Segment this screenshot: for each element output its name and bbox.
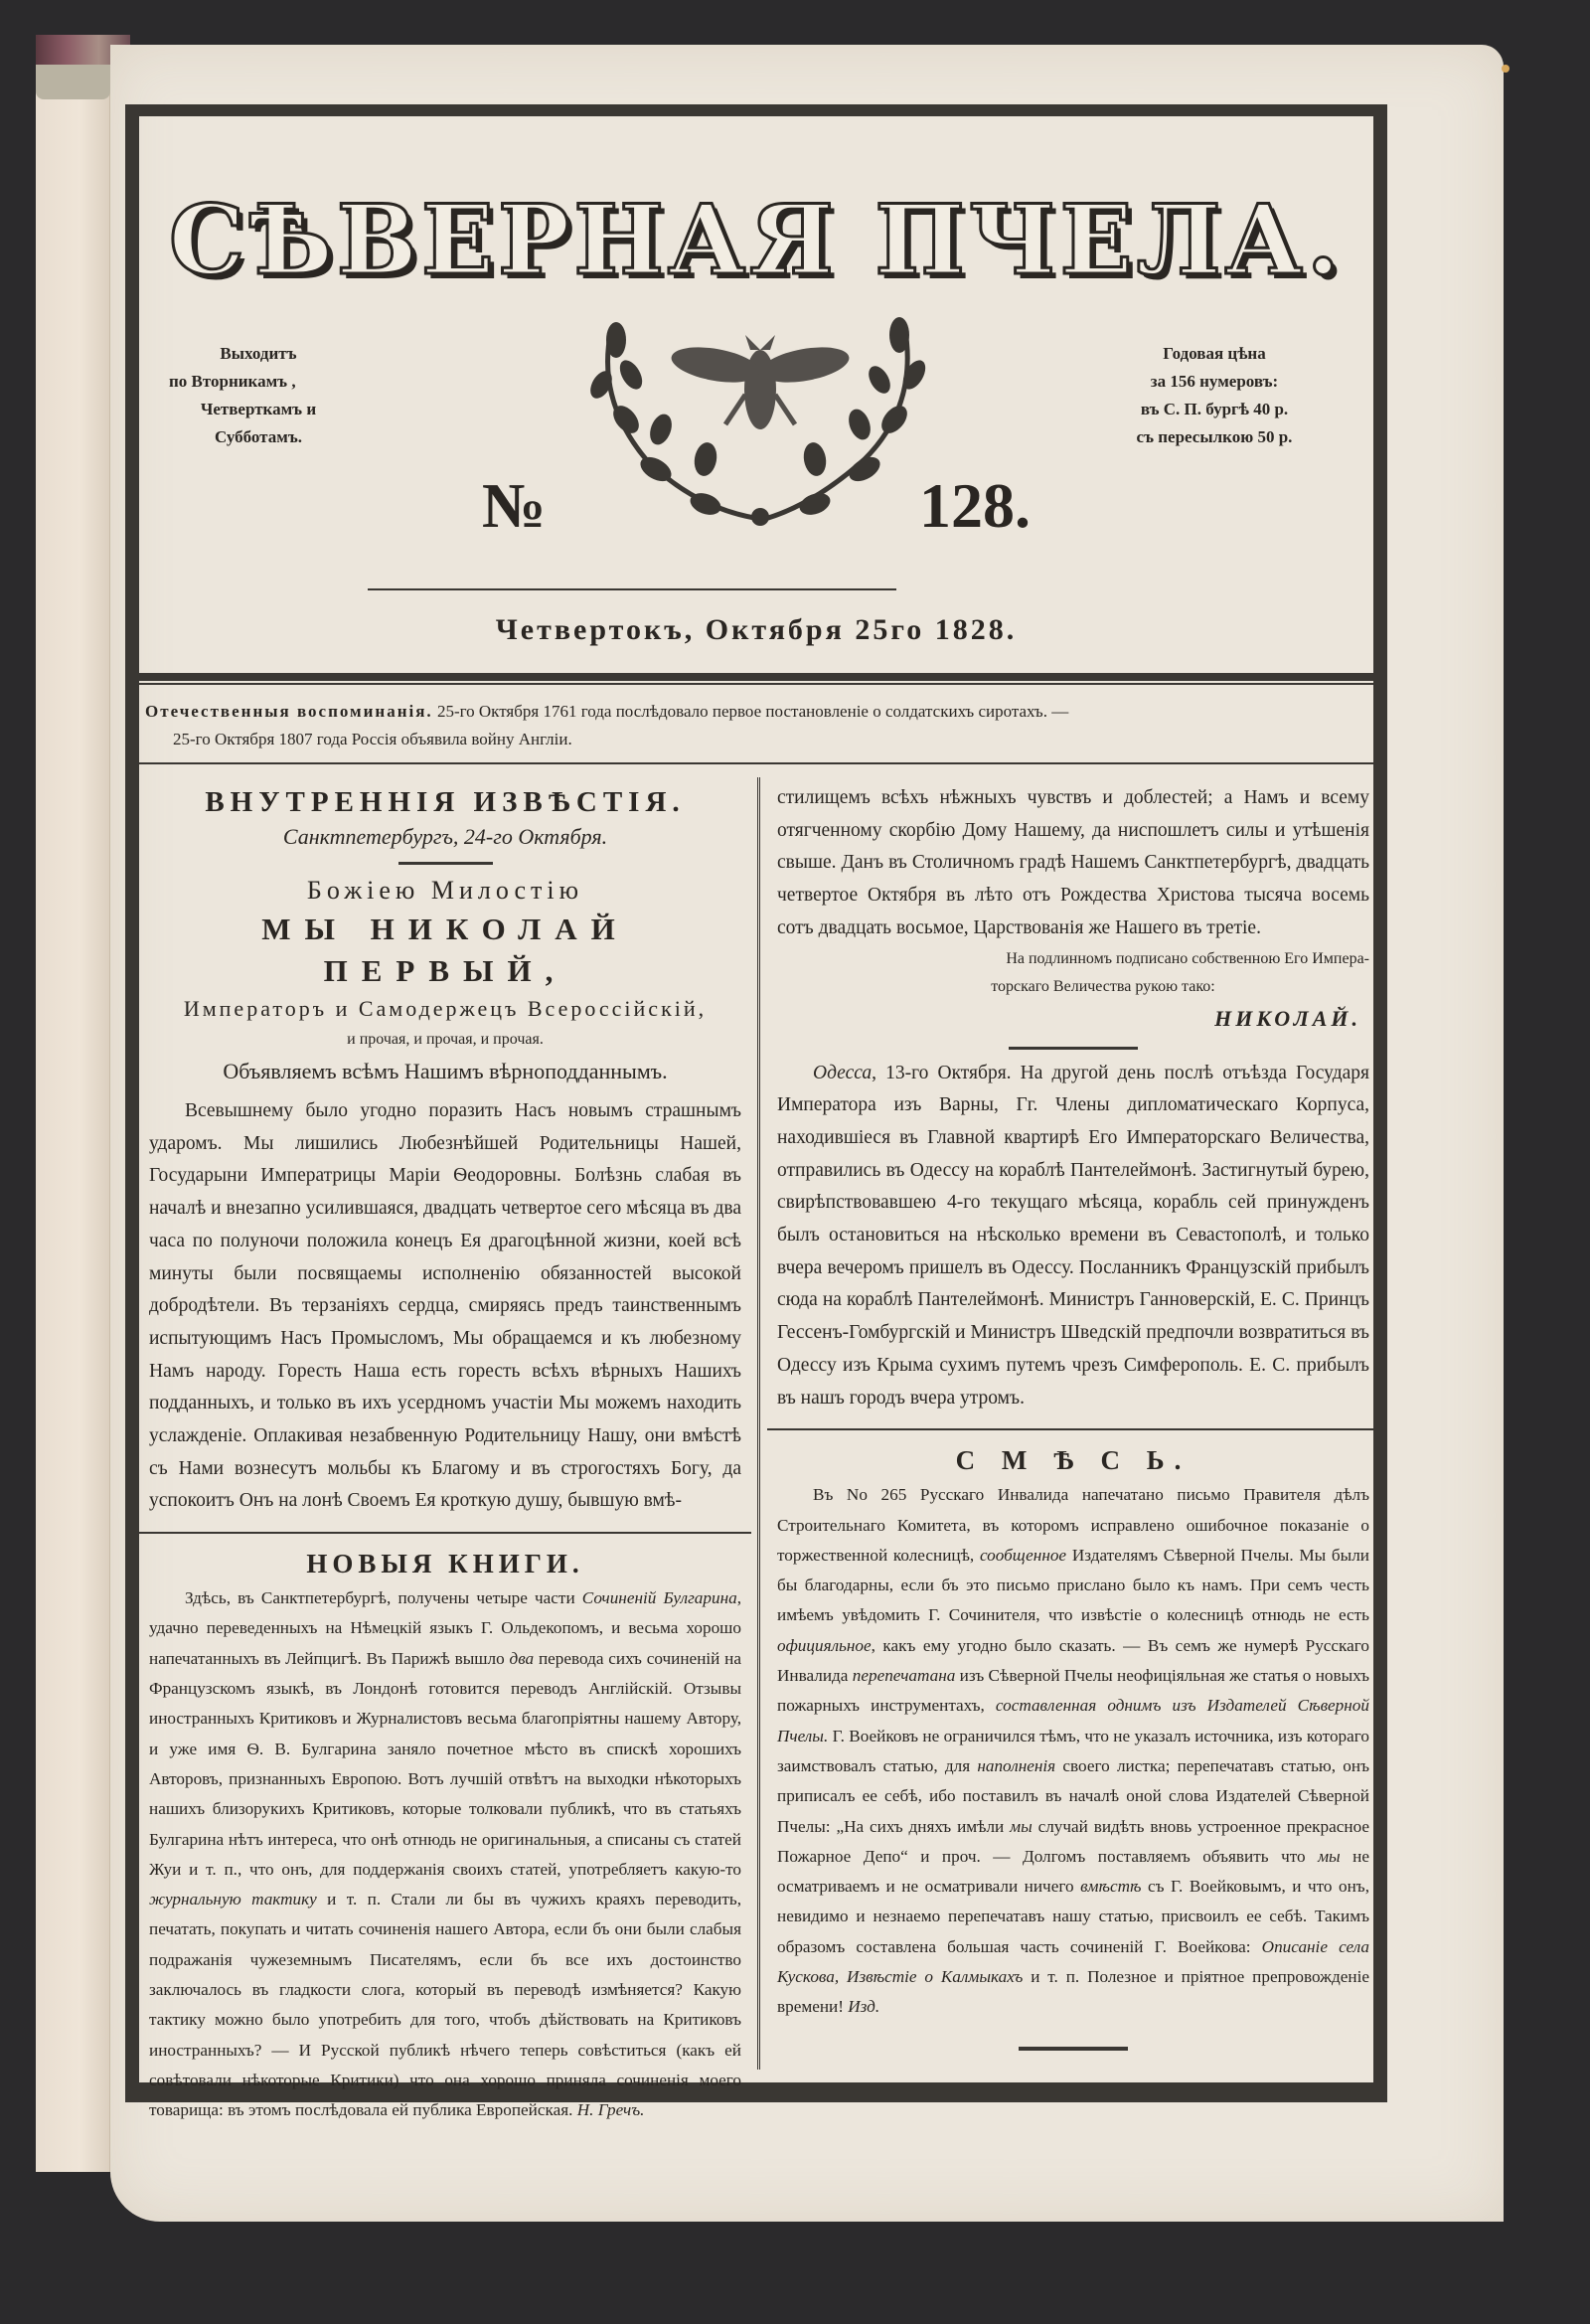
- italic-run: два: [510, 1649, 535, 1668]
- text-run: и т. п. Стали ли бы въ чужихъ краяхъ пер…: [149, 1890, 741, 2119]
- emperor-signature: НИКОЛАЙ.: [777, 1001, 1369, 1037]
- double-rule-divider: [139, 673, 1373, 685]
- masthead-rule: [368, 588, 896, 590]
- schedule-line: Четверткамъ и: [169, 396, 348, 423]
- italic-run: мы: [1010, 1817, 1033, 1836]
- newspaper-page: СѢВЕРНАЯ ПЧЕЛА. Выходитъ по Вторникамъ ,…: [110, 45, 1504, 2222]
- mini-rule: [1009, 1047, 1138, 1050]
- publication-schedule: Выходитъ по Вторникамъ , Четверткамъ и С…: [169, 340, 348, 451]
- signed-note: На подлинномъ подписано собственною Его …: [777, 945, 1369, 973]
- manifesto-continuation: стилищемъ всѣхъ нѣжныхъ чувствъ и доблес…: [777, 782, 1369, 945]
- issue-number: 128.: [919, 469, 1031, 543]
- miscellany-article: Въ No 265 Русскаго Инвалида напечатано п…: [777, 1480, 1369, 2022]
- manifesto-text: Всевышнему было угодно поразить Насъ нов…: [149, 1095, 741, 1518]
- editor-signature: Изд.: [848, 1997, 879, 2016]
- italic-run: мы: [1318, 1847, 1341, 1866]
- signed-note: торскаго Величества рукою тако:: [777, 973, 1369, 1001]
- dateline-place: Санктпетербургъ, 24-го Октября.: [149, 822, 741, 852]
- paper-stain: [1502, 65, 1510, 73]
- text-run: , 13-го Октября. На другой день послѣ от…: [777, 1063, 1369, 1409]
- masthead: СѢВЕРНАЯ ПЧЕЛА. Выходитъ по Вторникамъ ,…: [139, 116, 1373, 653]
- text-run: перевода сихъ сочиненій на Французскомъ …: [149, 1649, 741, 1879]
- italic-run: перепечатана: [853, 1666, 956, 1685]
- national-memories: Отечественныя воспоминанія. 25-го Октябр…: [139, 698, 1373, 753]
- italic-run: вмѣстѣ: [1080, 1877, 1141, 1896]
- memories-label: Отечественныя воспоминанія.: [145, 702, 433, 721]
- manifesto-grace: Божіею Милостію: [149, 873, 741, 909]
- author-signature: Н. Гречъ.: [577, 2100, 645, 2119]
- end-rule: [1019, 2047, 1128, 2051]
- price-line: за 156 нумеровъ:: [1115, 368, 1314, 396]
- issue-dateline: Четвертокъ, Октября 25го 1828.: [139, 613, 1373, 647]
- italic-run: официяльное: [777, 1636, 872, 1655]
- italic-run: сообщенное: [980, 1546, 1066, 1565]
- odessa-report: Одесса, 13-го Октября. На другой день по…: [777, 1058, 1369, 1415]
- schedule-line: Выходитъ: [169, 340, 348, 368]
- italic-run: Сочиненій Булгарина: [582, 1588, 737, 1607]
- mini-rule: [398, 862, 493, 865]
- section-title-miscellany: С М Ѣ С Ь.: [777, 1440, 1369, 1480]
- right-column: стилищемъ всѣхъ нѣжныхъ чувствъ и доблес…: [777, 782, 1369, 2051]
- binding-page-curl: [36, 65, 110, 99]
- memories-entry: 25-го Октября 1807 года Россія объявила …: [145, 726, 1367, 753]
- manifesto-emperor-title: Императоръ и Самодержецъ Всероссійскій,: [149, 992, 741, 1026]
- bee-wreath-icon: [576, 310, 954, 549]
- manifesto-emperor-name: МЫ НИКОЛАЙ ПЕРВЫЙ,: [141, 909, 749, 992]
- price-line: съ пересылкою 50 р.: [1115, 423, 1314, 451]
- section-title-domestic-news: ВНУТРЕННІЯ ИЗВѢСТІЯ.: [149, 782, 741, 822]
- manifesto-declaration: Объявляемъ всѣмъ Нашимъ вѣрноподданнымъ.: [149, 1054, 741, 1089]
- place-italic: Одесса: [813, 1063, 872, 1083]
- annual-price: Годовая цѣна за 156 нумеровъ: въ С. П. б…: [1115, 340, 1314, 451]
- issue-number-symbol: №: [482, 469, 546, 543]
- section-rule: [139, 1532, 751, 1534]
- section-title-new-books: НОВЫЯ КНИГИ.: [149, 1544, 741, 1583]
- price-line: въ С. П. бургѣ 40 р.: [1115, 396, 1314, 423]
- memories-entry: 25-го Октября 1761 года послѣдовало перв…: [437, 702, 1068, 721]
- text-run: Здѣсь, въ Санктпетербургѣ, получены четы…: [185, 1588, 582, 1607]
- page-border-frame: СѢВЕРНАЯ ПЧЕЛА. Выходитъ по Вторникамъ ,…: [125, 104, 1387, 2102]
- rule-divider: [139, 762, 1373, 764]
- italic-run: наполненія: [977, 1756, 1055, 1775]
- newspaper-title: СѢВЕРНАЯ ПЧЕЛА.: [139, 184, 1373, 296]
- left-column: ВНУТРЕННІЯ ИЗВѢСТІЯ. Санктпетербургъ, 24…: [149, 782, 741, 2125]
- italic-run: журнальную тактику: [149, 1890, 317, 1909]
- price-line: Годовая цѣна: [1115, 340, 1314, 368]
- new-books-article: Здѣсь, въ Санктпетербургѣ, получены четы…: [149, 1583, 741, 2125]
- section-rule: [767, 1428, 1379, 1430]
- manifesto-etc: и прочая, и прочая, и прочая.: [149, 1026, 741, 1054]
- schedule-line: Субботамъ.: [169, 423, 348, 451]
- schedule-line: по Вторникамъ ,: [169, 368, 348, 396]
- column-divider: [757, 777, 763, 2070]
- left-binding-strip: [36, 35, 110, 2172]
